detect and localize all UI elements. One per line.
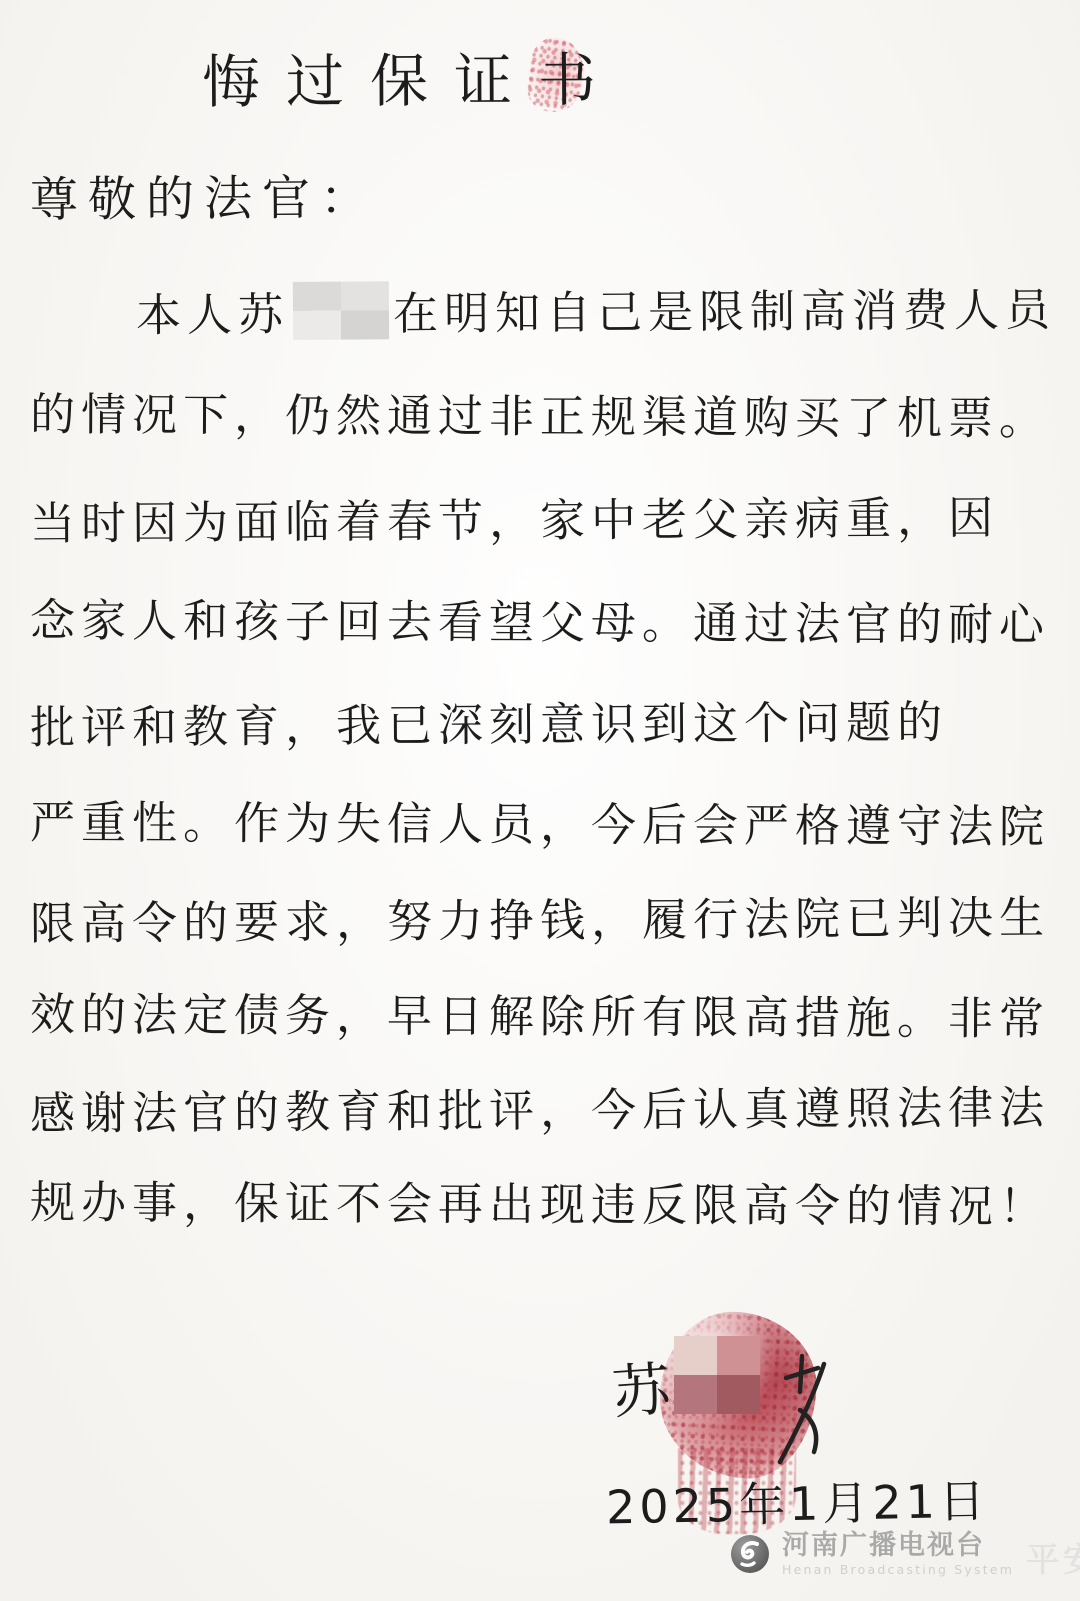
signature-redaction-mosaic: [674, 1336, 760, 1414]
body-line: 感谢法官的教育和批评，今后认真遵照法律法: [30, 1073, 1060, 1149]
body-line1-suffix: 在明知自己是限制高消费人员: [393, 283, 1056, 340]
body-line: 严重性。作为失信人员，今后会严格遵守法院: [30, 788, 1060, 862]
broadcaster-name-cn: 河南广播电视台: [782, 1532, 1014, 1559]
date-line: 2025年1月21日: [605, 1465, 989, 1538]
body-line: 限高令的要求，努力挣钱，履行法院已判决生: [30, 883, 1060, 959]
body-line: 当时因为面临着春节，家中老父亲病重，因: [30, 483, 1060, 559]
body-line: 效的法定债务，早日解除所有限高措施。非常: [30, 980, 1060, 1054]
broadcaster-name-en: Henan Broadcasting System: [782, 1564, 1014, 1577]
broadcaster-logo-icon: [730, 1534, 770, 1574]
body-line: 规办事，保证不会再出现违反限高令的情况！: [30, 1168, 1060, 1242]
body-line: 本人苏在明知自己是限制高消费人员: [30, 275, 1080, 352]
body-line: 念家人和孩子回去看望父母。通过法官的耐心: [30, 586, 1060, 660]
body-line: 的情况下，仍然通过非正规渠道购买了机票。: [30, 380, 1060, 454]
salutation: 尊敬的法官：: [30, 159, 378, 230]
signature-remnant-stroke: [772, 1352, 834, 1472]
program-watermark: 平安中原: [1026, 1534, 1080, 1581]
body-line1-prefix: 本人苏: [136, 288, 289, 342]
body-line: 批评和教育，我已深刻意识到这个问题的: [30, 687, 1060, 763]
name-redaction-mosaic: [293, 281, 389, 340]
signature-surname: 苏: [609, 1342, 673, 1430]
broadcaster-watermark: 河南广播电视台 Henan Broadcasting System 平安中原: [730, 1532, 1080, 1581]
letter-title: 悔过保证书: [202, 33, 622, 119]
